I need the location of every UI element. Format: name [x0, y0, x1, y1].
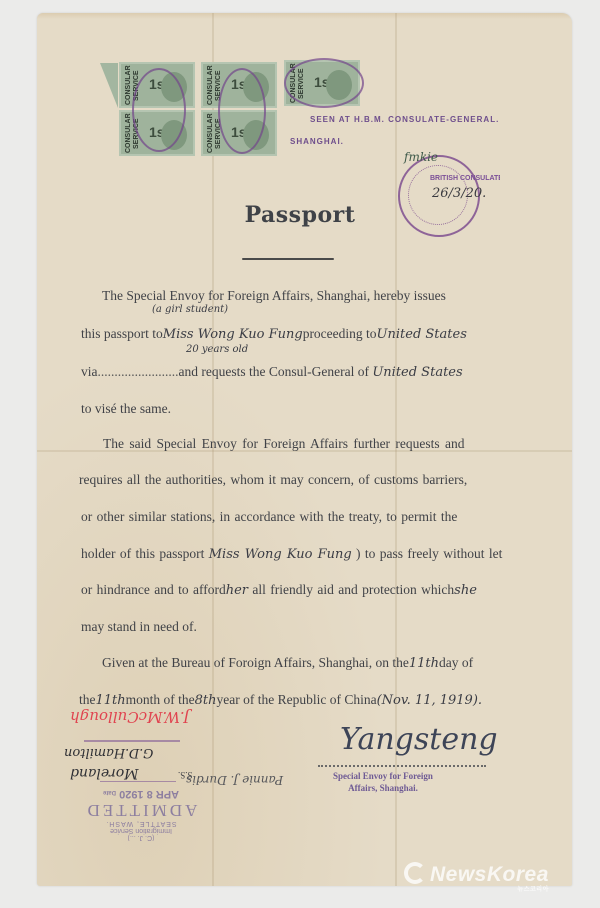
- text: this passport to: [81, 326, 163, 341]
- inspector-signature: G.D.Hamilton: [64, 745, 153, 760]
- text: via: [81, 364, 98, 379]
- p2-line3: or other similar stations, in accordance…: [81, 509, 457, 525]
- p2-line2: requires all the authorities, whom it ma…: [79, 472, 467, 488]
- seal-ring-text: BRITISH CONSULATE GENERAL SHANGHAI: [430, 175, 500, 182]
- stamp-service: Immigration Service: [76, 827, 206, 834]
- western-date: (Nov. 11, 1919).: [377, 693, 482, 708]
- text: ) to pass freely without let: [356, 546, 502, 561]
- envoy-title: Special Envoy for Foreign Affairs, Shang…: [333, 770, 433, 794]
- envoy-title-line2: Affairs, Shanghai.: [333, 782, 433, 794]
- blank-field: ........................: [98, 364, 179, 379]
- signature-line: [318, 765, 486, 767]
- text: the: [79, 692, 96, 707]
- p2-line4: holder of this passport Miss Wong Kuo Fu…: [81, 546, 502, 562]
- stamp-place: SEATTLE, WASH.: [76, 820, 206, 827]
- watermark-brand: NewsKorea: [430, 863, 549, 886]
- p1-line3: via........................and requests …: [81, 364, 463, 380]
- p3-line1: Given at the Bureau of Foroign Affairs, …: [102, 655, 473, 671]
- envoy-title-line1: Special Envoy for Foreign: [333, 770, 433, 782]
- text: year of the Republic of China: [217, 692, 377, 707]
- p3-line2: the11thmonth of the8thyear of the Republ…: [79, 692, 482, 708]
- issue-month: 11th: [96, 693, 126, 708]
- page-title: Passport: [0, 202, 600, 228]
- visa-date: 26/3/20.: [432, 186, 486, 201]
- visa-initials: fmkie: [404, 150, 438, 164]
- p1-line4: to visé the same.: [81, 401, 171, 417]
- middle-signature: Pannie J. Durdis: [186, 773, 283, 787]
- title-rule: [242, 258, 334, 260]
- stamp-rule: [100, 781, 176, 782]
- p2-line5: or hindrance and to affordher all friend…: [81, 582, 477, 598]
- stamp-date-label: Date: [103, 789, 116, 795]
- p2-line6: may stand in need of.: [81, 619, 197, 635]
- cancellation-mark: [132, 68, 186, 152]
- text: Given at the Bureau of Foroign Affairs, …: [102, 655, 409, 670]
- pronoun-her: her: [226, 583, 248, 598]
- inspector-signature-2: Moreland: [70, 765, 139, 781]
- p1-line1: The Special Envoy for Foreign Affairs, S…: [102, 288, 446, 304]
- cancellation-mark: [284, 58, 364, 108]
- holder-name: Miss Wong Kuo Fung: [209, 547, 352, 562]
- stamp-admitted: ADMITTED: [76, 800, 206, 820]
- holder-name: Miss Wong Kuo Fung: [163, 327, 303, 342]
- consul-country: United States: [372, 365, 462, 380]
- text: month of the: [126, 692, 195, 707]
- destination: United States: [377, 327, 467, 342]
- consulate-stamp-line1: SEEN AT H.B.M. CONSULATE-GENERAL.: [310, 115, 499, 124]
- watermark-sub: 뉴스코리아: [517, 884, 548, 893]
- issue-year: 8th: [195, 693, 217, 708]
- newskorea-logo-icon: [404, 862, 426, 884]
- red-signature: J.W.McCullough: [70, 708, 190, 726]
- text: or hindrance and to afford: [81, 582, 226, 597]
- p2-line1: The said Special Envoy for Foreign Affai…: [103, 436, 465, 452]
- text: all friendly aid and protection which: [252, 582, 454, 597]
- stamp-date: APR 8 1920: [119, 788, 179, 800]
- annotation-girl-student: (a girl student): [152, 304, 228, 315]
- issue-day: 11th: [409, 656, 439, 671]
- annotation-age: 20 years old: [186, 344, 248, 355]
- cancellation-mark: [218, 68, 266, 154]
- signature-underline: [84, 740, 180, 742]
- text: and requests the Consul-General of: [179, 364, 369, 379]
- text: holder of this passport: [81, 546, 204, 561]
- consulate-stamp-line2: SHANGHAI.: [290, 137, 344, 146]
- pronoun-she: she: [454, 583, 477, 598]
- envoy-signature: Yangsteng: [340, 722, 498, 757]
- newskorea-watermark: NewsKorea 뉴스코리아: [404, 862, 549, 887]
- p1-line2: this passport toMiss Wong Kuo Fungprocee…: [81, 326, 467, 342]
- text: day of: [439, 655, 473, 670]
- admitted-stamp: (C. J. ...) Immigration Service SEATTLE,…: [76, 788, 206, 841]
- text: proceeding to: [303, 326, 377, 341]
- stamp-initials: (C. J. ...): [76, 834, 206, 841]
